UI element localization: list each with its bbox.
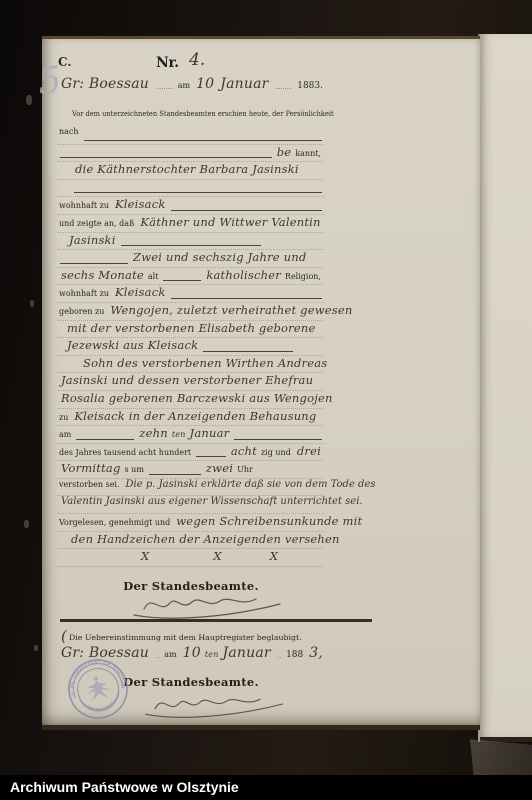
cover-wear-speck [30, 300, 34, 307]
day-suffix-handwritten: ten [205, 650, 219, 659]
handwritten-text: Sohn des verstorbenen Wirthen Andreas [83, 356, 327, 370]
handwritten-text: X [270, 549, 278, 563]
handwritten-text: sechs Monate [61, 268, 144, 282]
archive-bar: Archiwum Państwowe w Olsztynie [0, 775, 532, 800]
printed-text: wohnhaft zu [59, 289, 109, 298]
intro-printed-line: Vor dem unterzeichneten Standesbeamten e… [72, 109, 334, 118]
form-line: wohnhaft zuKleisack [58, 197, 324, 215]
scanned-register-photo: C. 5 Nr. 4. Gr: Boessau am 10 Januar 188… [0, 0, 532, 800]
form-line: Vorgelesen, genehmigt undwegen Schreiben… [58, 514, 324, 532]
form-line: Valentin Jasinski aus eigener Wissenscha… [58, 496, 324, 514]
handwritten-superscript: ten [172, 430, 186, 439]
month-handwritten: Januar [223, 645, 271, 661]
cover-wear-speck [24, 520, 29, 528]
form-line: geboren zuWengojen, zuletzt verheirathet… [58, 303, 324, 321]
registrar-signature [142, 689, 292, 719]
printed-text: am [164, 650, 176, 659]
day-handwritten: 10 [183, 645, 201, 661]
handwritten-text: Kleisack in der Anzeigenden Behausung [74, 409, 316, 423]
fill-in-rule [84, 140, 322, 141]
fill-in-rule [74, 192, 322, 193]
handwritten-text: den Handzeichen der Anzeigenden versehen [71, 532, 340, 546]
printed-text: alt [148, 272, 159, 281]
form-line: sechs MonatealtkatholischerReligion, [58, 268, 324, 286]
form-line: Zwei und sechszig Jahre und [58, 250, 324, 268]
printed-text: kannt, [295, 149, 321, 158]
handwritten-text: be [277, 145, 292, 159]
form-line: amzehntenJanuar [58, 426, 324, 444]
fill-in-rule [156, 88, 173, 89]
printed-text: Uhr [237, 465, 253, 474]
month-handwritten: Januar [220, 76, 268, 92]
registrar-signature [130, 589, 290, 619]
register-page: C. 5 Nr. 4. Gr: Boessau am 10 Januar 188… [42, 36, 480, 730]
printed-text: und zeigte an, daß [59, 219, 134, 228]
form-line: den Handzeichen der Anzeigenden versehen [58, 532, 324, 550]
form-line: die Käthnerstochter Barbara Jasinski [58, 162, 324, 180]
handwritten-text: acht [231, 444, 257, 458]
fill-in-rule [171, 210, 322, 211]
handwritten-text: die Käthnerstochter Barbara Jasinski [75, 162, 299, 176]
fill-in-rule [171, 298, 322, 299]
handwritten-text: Kleisack [115, 285, 166, 299]
record-number-value: 4. [189, 50, 205, 70]
form-line: Vormittags umzweiUhr [58, 461, 324, 479]
handwritten-text: zwei [206, 461, 233, 475]
prussian-eagle-icon [85, 679, 112, 702]
form-line: bekannt, [58, 145, 324, 163]
printed-text: am [59, 430, 71, 439]
form-line: XXX [58, 549, 324, 567]
printed-text: des Jahres tausend acht hundert [59, 448, 191, 457]
place-handwritten: Gr: Boessau [61, 76, 149, 92]
handwritten-text: Käthner und Wittwer Valentin [140, 215, 320, 229]
fill-in-rule [156, 657, 159, 658]
form-line: nach [58, 127, 324, 145]
crown-dot [94, 677, 97, 680]
form-line: zuKleisack in der Anzeigenden Behausung [58, 409, 324, 427]
fill-in-rule [278, 657, 281, 658]
form-line: mit der verstorbenen Elisabeth geborene [58, 321, 324, 339]
printed-text: geboren zu [59, 307, 104, 316]
year-printed: 188 [286, 650, 303, 660]
stamp-rim-text-bottom: KR. ROESSEL [86, 698, 118, 715]
fill-in-rule [149, 474, 201, 475]
form-line: Jasinski [58, 233, 324, 251]
form-line: Jasinski und dessen verstorbener Ehefrau [58, 373, 324, 391]
form-line: Sohn des verstorbenen Wirthen Andreas [58, 356, 324, 374]
section-divider-rule [60, 619, 372, 622]
handwritten-text: wegen Schreibensunkunde mit [176, 514, 362, 528]
record-number-label: Nr. [156, 55, 179, 71]
printed-text: Religion, [285, 272, 321, 281]
printed-text: nach [59, 127, 79, 136]
year-printed: 1883. [297, 81, 323, 91]
certification-note: Die Uebereinstimmung mit dem Hauptregist… [69, 633, 302, 642]
form-line: des Jahres tausend acht hundertachtzig u… [58, 444, 324, 462]
form-line: wohnhaft zuKleisack [58, 285, 324, 303]
decorative-paren: ( [61, 627, 67, 645]
fill-in-rule [76, 439, 134, 440]
printed-text: s um [125, 465, 144, 474]
handwritten-text: drei [297, 444, 321, 458]
form-line: Jezewski aus Kleisack [58, 338, 324, 356]
form-body: nachbekannt,die Käthnerstochter Barbara … [58, 127, 324, 567]
printed-text: verstorben sei. [59, 480, 120, 489]
cover-wear-speck [34, 645, 38, 651]
handwritten-text: X [141, 549, 149, 563]
facing-page-edge [480, 34, 532, 742]
fill-in-rule [203, 351, 293, 352]
handwritten-text: Wengojen, zuletzt verheirathet gewesen [110, 303, 352, 317]
handwritten-text: Jasinski [69, 233, 116, 247]
archive-credit-label: Archiwum Państwowe w Olsztynie [10, 779, 239, 795]
fill-in-rule [196, 456, 226, 457]
handwritten-text: Valentin Jasinski aus eigener Wissenscha… [61, 496, 363, 507]
handwritten-text: Vormittag [61, 461, 121, 475]
handwritten-text: Januar [190, 426, 230, 440]
handwritten-text: Kleisack [115, 197, 166, 211]
fill-in-rule [60, 157, 272, 158]
printed-text: zu [59, 413, 68, 422]
book-edge-corner [470, 736, 532, 776]
fill-in-rule [121, 245, 261, 246]
handwritten-text: katholischer [206, 268, 281, 282]
fill-in-rule [163, 280, 201, 281]
handwritten-text: Rosalia geborenen Barczewski aus Wengoje… [61, 391, 333, 405]
fill-in-rule [276, 88, 293, 89]
form-line: verstorben sei.Die p. Jasinski erklärte … [58, 479, 324, 497]
record-dateline: Gr: Boessau am 10 Januar 1883. [58, 76, 326, 92]
handwritten-text: Zwei und sechszig Jahre und [133, 250, 306, 264]
printed-text: zig und [261, 448, 291, 457]
printed-text: wohnhaft zu [59, 201, 109, 210]
form-line: und zeigte an, daßKäthner und Wittwer Va… [58, 215, 324, 233]
handwritten-text: mit der verstorbenen Elisabeth geborene [67, 321, 316, 335]
handwritten-text: Jezewski aus Kleisack [67, 338, 198, 352]
handwritten-text: Jasinski und dessen verstorbener Ehefrau [61, 373, 313, 387]
official-seal-stamp: K. PR. STANDESAMT GR. BOESSAU KR. ROESSE… [60, 651, 136, 727]
day-handwritten: 10 [196, 76, 214, 92]
handwritten-text: zehn [139, 426, 167, 440]
year-digit-handwritten: 3, [309, 645, 323, 661]
printed-text: am [178, 81, 190, 90]
fill-in-rule [234, 439, 322, 440]
printed-text: Vorgelesen, genehmigt und [59, 518, 170, 527]
form-line [58, 180, 324, 198]
handwritten-text: Die p. Jasinski erklärte daß sie von dem… [126, 479, 376, 490]
cover-wear-speck [26, 95, 32, 105]
handwritten-text: X [213, 549, 221, 563]
form-line: Rosalia geborenen Barczewski aus Wengoje… [58, 391, 324, 409]
fill-in-rule [60, 263, 128, 264]
